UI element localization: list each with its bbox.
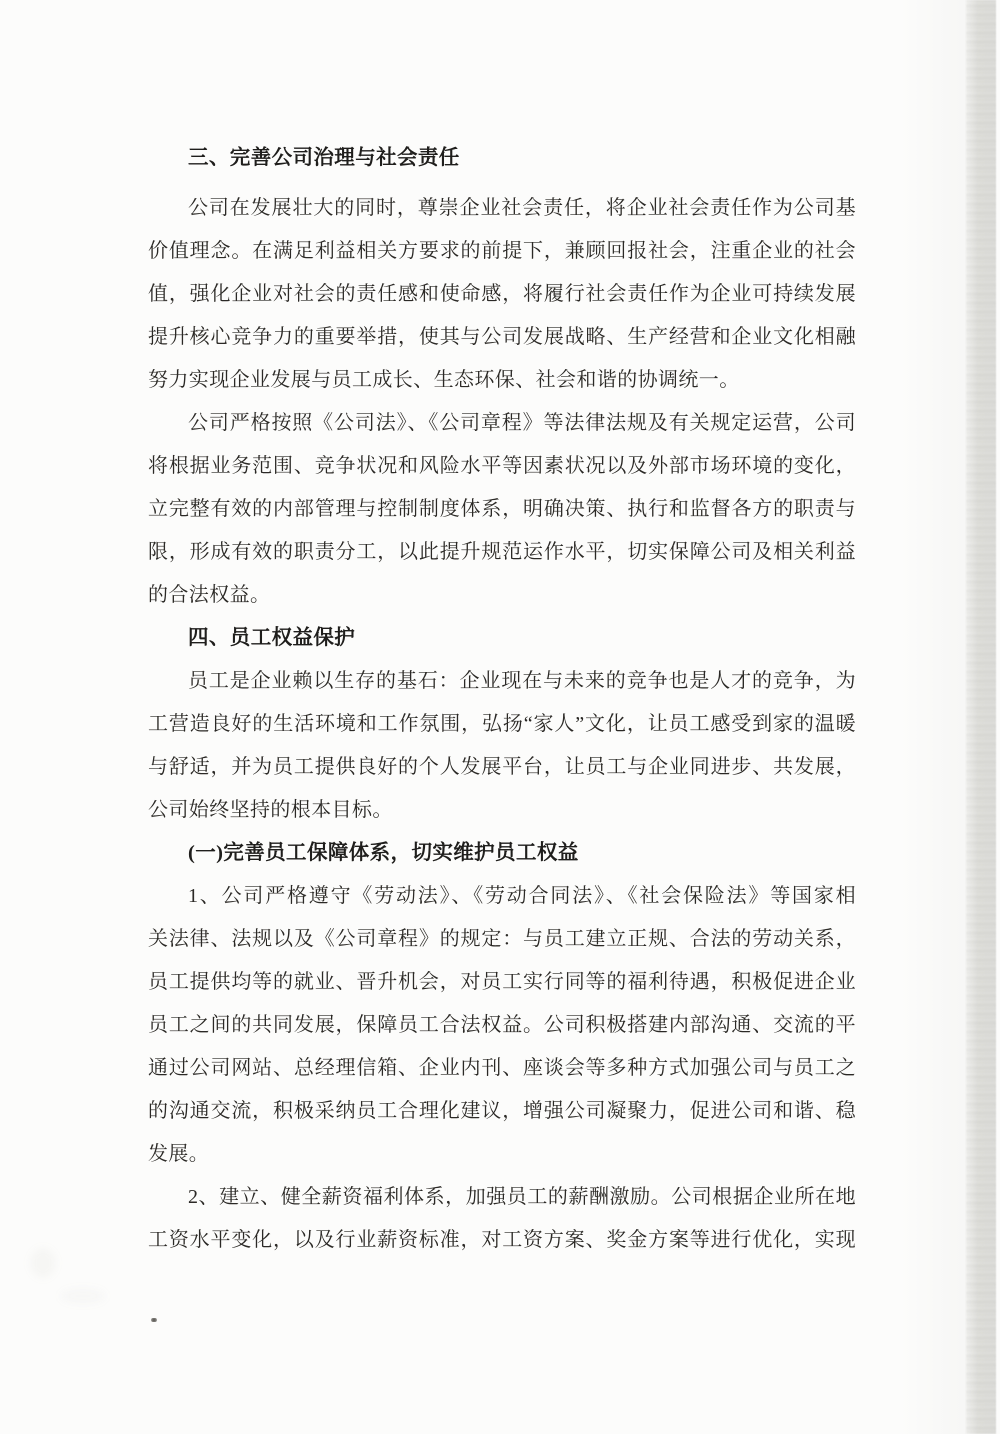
paragraph: 2、建立、健全薪资福利体系，加强员工的薪酬激励。公司根据企业所在地工资水平变化，… [148,1176,856,1262]
text-line: 的沟通交流，积极采纳员工合理化建议，增强公司凝聚力，促进公司和谐、稳定 [148,1090,856,1133]
text-line: 通过公司网站、总经理信箱、企业内刊、座谈会等多种方式加强公司与员工之间 [148,1047,856,1090]
text-line: 员工是企业赖以生存的基石：企业现在与未来的竞争也是人才的竞争，为员 [148,660,856,703]
text-line: 发展。 [148,1133,856,1176]
section-heading: (一)完善员工保障体系，切实维护员工权益 [148,832,856,875]
text-line: 公司严格按照《公司法》、《公司章程》等法律法规及有关规定运营，公司 [148,402,856,445]
text-line: 立完整有效的内部管理与控制制度体系，明确决策、执行和监督各方的职责与权 [148,488,856,531]
stray-ink-mark [151,1318,157,1322]
text-line: 将根据业务范围、竞争状况和风险水平等因素状况以及外部市场环境的变化，建 [148,445,856,488]
text-line: 限，形成有效的职责分工，以此提升规范运作水平，切实保障公司及相关利益方 [148,531,856,574]
text-line: 公司在发展壮大的同时，尊崇企业社会责任，将企业社会责任作为公司基本 [148,187,856,230]
section-heading: 四、员工权益保护 [148,617,856,660]
text-line: 1、公司严格遵守《劳动法》、《劳动合同法》、《社会保险法》等国家相 [148,875,856,918]
scan-edge-shadow [966,0,996,1434]
paragraph: 公司严格按照《公司法》、《公司章程》等法律法规及有关规定运营，公司将根据业务范围… [148,402,856,617]
document-content: 三、完善公司治理与社会责任公司在发展壮大的同时，尊崇企业社会责任，将企业社会责任… [148,137,856,1262]
text-line: 公司始终坚持的根本目标。 [148,789,856,832]
text-line: 工营造良好的生活环境和工作氛围，弘扬“家人”文化，让员工感受到家的温暖 [148,703,856,746]
text-line: 与舒适，并为员工提供良好的个人发展平台，让员工与企业同进步、共发展，是 [148,746,856,789]
text-line: 四、员工权益保护 [148,617,856,660]
text-line: (一)完善员工保障体系，切实维护员工权益 [148,832,856,875]
text-line: 三、完善公司治理与社会责任 [148,137,856,180]
text-line: 值，强化企业对社会的责任感和使命感，将履行社会责任作为企业可持续发展和 [148,273,856,316]
text-line: 关法律、法规以及《公司章程》的规定：与员工建立正规、合法的劳动关系，为 [148,918,856,961]
scanned-document-page: 三、完善公司治理与社会责任公司在发展壮大的同时，尊崇企业社会责任，将企业社会责任… [0,0,1000,1434]
text-line: 员工提供均等的就业、晋升机会，对员工实行同等的福利待遇，积极促进企业与 [148,961,856,1004]
text-line: 的合法权益。 [148,574,856,617]
text-line: 努力实现企业发展与员工成长、生态环保、社会和谐的协调统一。 [148,359,856,402]
text-line: 价值理念。在满足利益相关方要求的前提下，兼顾回报社会，注重企业的社会价 [148,230,856,273]
text-line: 工资水平变化，以及行业薪资标准，对工资方案、奖金方案等进行优化，实现员 [148,1219,856,1262]
paragraph: 员工是企业赖以生存的基石：企业现在与未来的竞争也是人才的竞争，为员工营造良好的生… [148,660,856,832]
text-line: 2、建立、健全薪资福利体系，加强员工的薪酬激励。公司根据企业所在地 [148,1176,856,1219]
text-line: 提升核心竞争力的重要举措，使其与公司发展战略、生产经营和企业文化相融合， [148,316,856,359]
paragraph: 公司在发展壮大的同时，尊崇企业社会责任，将企业社会责任作为公司基本价值理念。在满… [148,187,856,402]
scan-edge-fade [900,0,966,1434]
scan-smudge [60,1288,106,1304]
paragraph: 1、公司严格遵守《劳动法》、《劳动合同法》、《社会保险法》等国家相关法律、法规以… [148,875,856,1176]
text-line: 员工之间的共同发展，保障员工合法权益。公司积极搭建内部沟通、交流的平台， [148,1004,856,1047]
section-heading: 三、完善公司治理与社会责任 [148,137,856,180]
scan-smudge [30,1248,56,1278]
